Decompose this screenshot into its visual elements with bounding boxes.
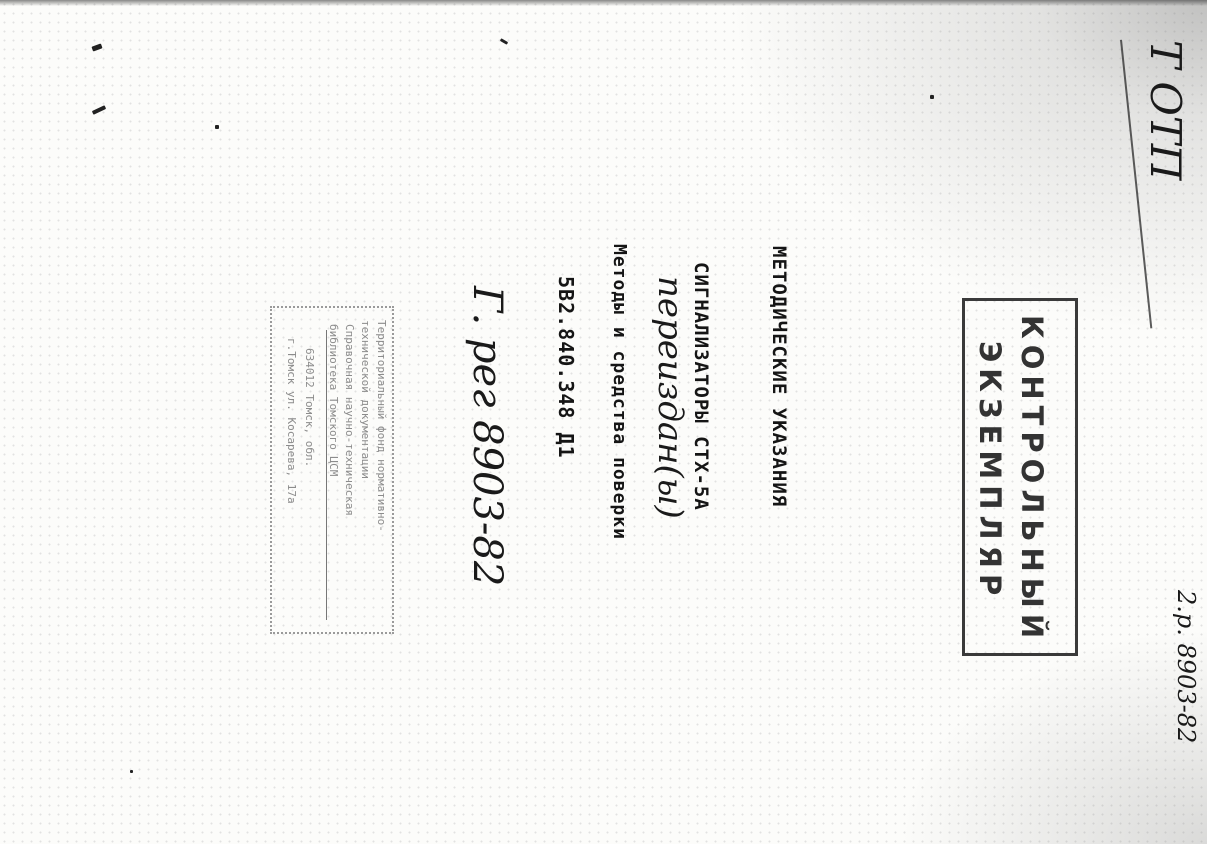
speck <box>215 125 219 129</box>
library-stamp-line: библиотека Томского ЦСМ <box>327 324 340 476</box>
handwritten-corner-bottom: 2.р. 8903-82 <box>1172 590 1200 743</box>
title-line-2: СИГНАЛИЗАТОРЫ СТХ-5А <box>690 262 712 511</box>
document-designation: 5В2.840.348 Д1 <box>554 276 578 459</box>
handwritten-registration: Г. рег 8903-82 <box>464 286 510 586</box>
handwritten-insert: переиздан(ы) <box>650 276 690 519</box>
page-top-edge-shadow <box>0 0 1207 6</box>
control-copy-line-1: КОНТРОЛЬНЫЙ <box>1015 315 1049 644</box>
handwritten-corner-top: Т ОТП <box>1141 40 1190 180</box>
speck <box>500 38 508 45</box>
library-stamp-line: Территориальный фонд нормативно- <box>375 320 388 532</box>
speck <box>130 770 133 773</box>
control-copy-line-2: ЭКЗЕМПЛЯР <box>973 341 1007 601</box>
library-stamp-line: Справочная научно-техническая <box>343 324 356 516</box>
library-stamp-line: г.Томск ул. Косарева, 17а <box>285 338 298 504</box>
library-stamp: Территориальный фонд нормативно- техниче… <box>270 306 394 634</box>
title-line-1: МЕТОДИЧЕСКИЕ УКАЗАНИЯ <box>768 246 790 507</box>
speck <box>930 95 934 99</box>
library-stamp-divider <box>326 330 327 620</box>
scanned-page: МЕТОДИЧЕСКИЕ УКАЗАНИЯ СИГНАЛИЗАТОРЫ СТХ-… <box>0 0 1207 844</box>
speck <box>91 43 102 51</box>
library-stamp-line: технической документации <box>359 320 372 479</box>
title-line-3: Методы и средства поверки <box>609 244 630 540</box>
library-stamp-line: 634012 Томск, обл. <box>303 348 316 467</box>
speck <box>92 105 106 115</box>
control-copy-stamp: КОНТРОЛЬНЫЙ ЭКЗЕМПЛЯР <box>962 298 1078 656</box>
